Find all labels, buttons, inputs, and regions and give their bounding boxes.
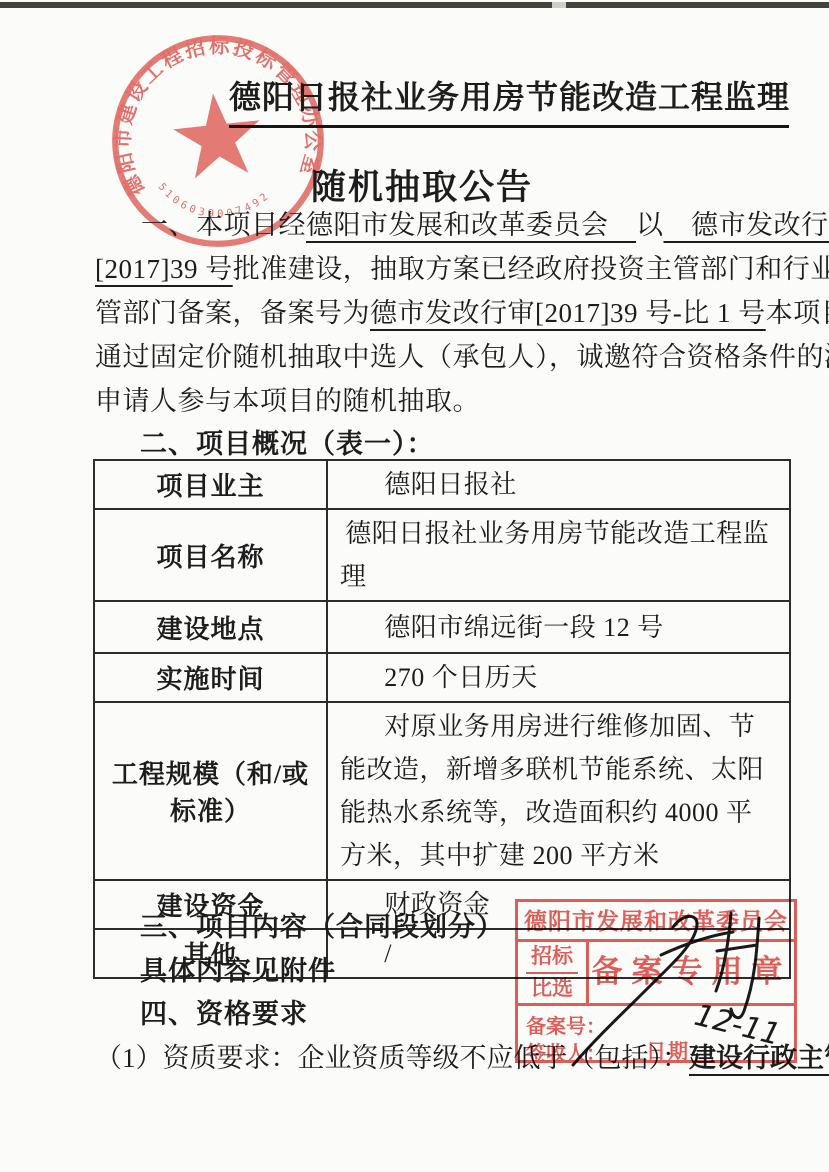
intro-paragraph: 一、本项目经德阳市发展和改革委员会 以 德市发改行审 [2017]39 号批准建…	[95, 203, 793, 423]
handwritten-date: 12-11	[691, 998, 784, 1053]
table-row: 项目业主 德阳日报社	[94, 460, 790, 509]
row-label: 项目名称	[94, 509, 327, 601]
table-row: 实施时间 270 个日历天	[94, 653, 790, 702]
table-row: 工程规模（和/或标准） 对原业务用房进行维修加固、节能改造，新增多联机节能系统、…	[94, 702, 790, 880]
document-title: 德阳日报社业务用房节能改造工程监理	[229, 72, 789, 128]
paragraph-line: 通过固定价随机抽取中选人（承包人），诚邀符合资格条件的潜在	[95, 335, 793, 379]
row-value: 德阳日报社	[327, 460, 790, 509]
paragraph-line: [2017]39 号批准建设，抽取方案已经政府投资主管部门和行业主	[95, 247, 793, 291]
row-value: 270 个日历天	[327, 653, 790, 702]
row-value: 德阳市绵远街一段 12 号	[327, 601, 790, 653]
paragraph-line: 管部门备案，备案号为德市发改行审[2017]39 号-比 1 号本项目现	[95, 291, 793, 335]
handwritten-signature: 12-11	[545, 885, 815, 1085]
paragraph-line: 一、本项目经德阳市发展和改革委员会 以 德市发改行审	[95, 203, 793, 247]
table-row: 建设地点 德阳市绵远街一段 12 号	[94, 601, 790, 653]
row-label: 项目业主	[94, 460, 327, 509]
table-row: 项目名称 德阳日报社业务用房节能改造工程监理	[94, 509, 790, 601]
scan-edge-artifact	[0, 2, 829, 8]
paragraph-line: 申请人参与本项目的随机抽取。	[95, 379, 793, 423]
row-value: 对原业务用房进行维修加固、节能改造，新增多联机节能系统、太阳能热水系统等，改造面…	[327, 702, 790, 880]
row-label: 实施时间	[94, 653, 327, 702]
scanned-document-page: 德阳市建设工程招标投标管理办公室 5106039007492 德阳日报社业务用房…	[0, 0, 829, 1172]
row-value: 德阳日报社业务用房节能改造工程监理	[327, 509, 790, 601]
row-label: 建设地点	[94, 601, 327, 653]
row-label: 工程规模（和/或标准）	[94, 702, 327, 880]
section2-heading: 二、项目概况（表一）：	[140, 422, 435, 461]
